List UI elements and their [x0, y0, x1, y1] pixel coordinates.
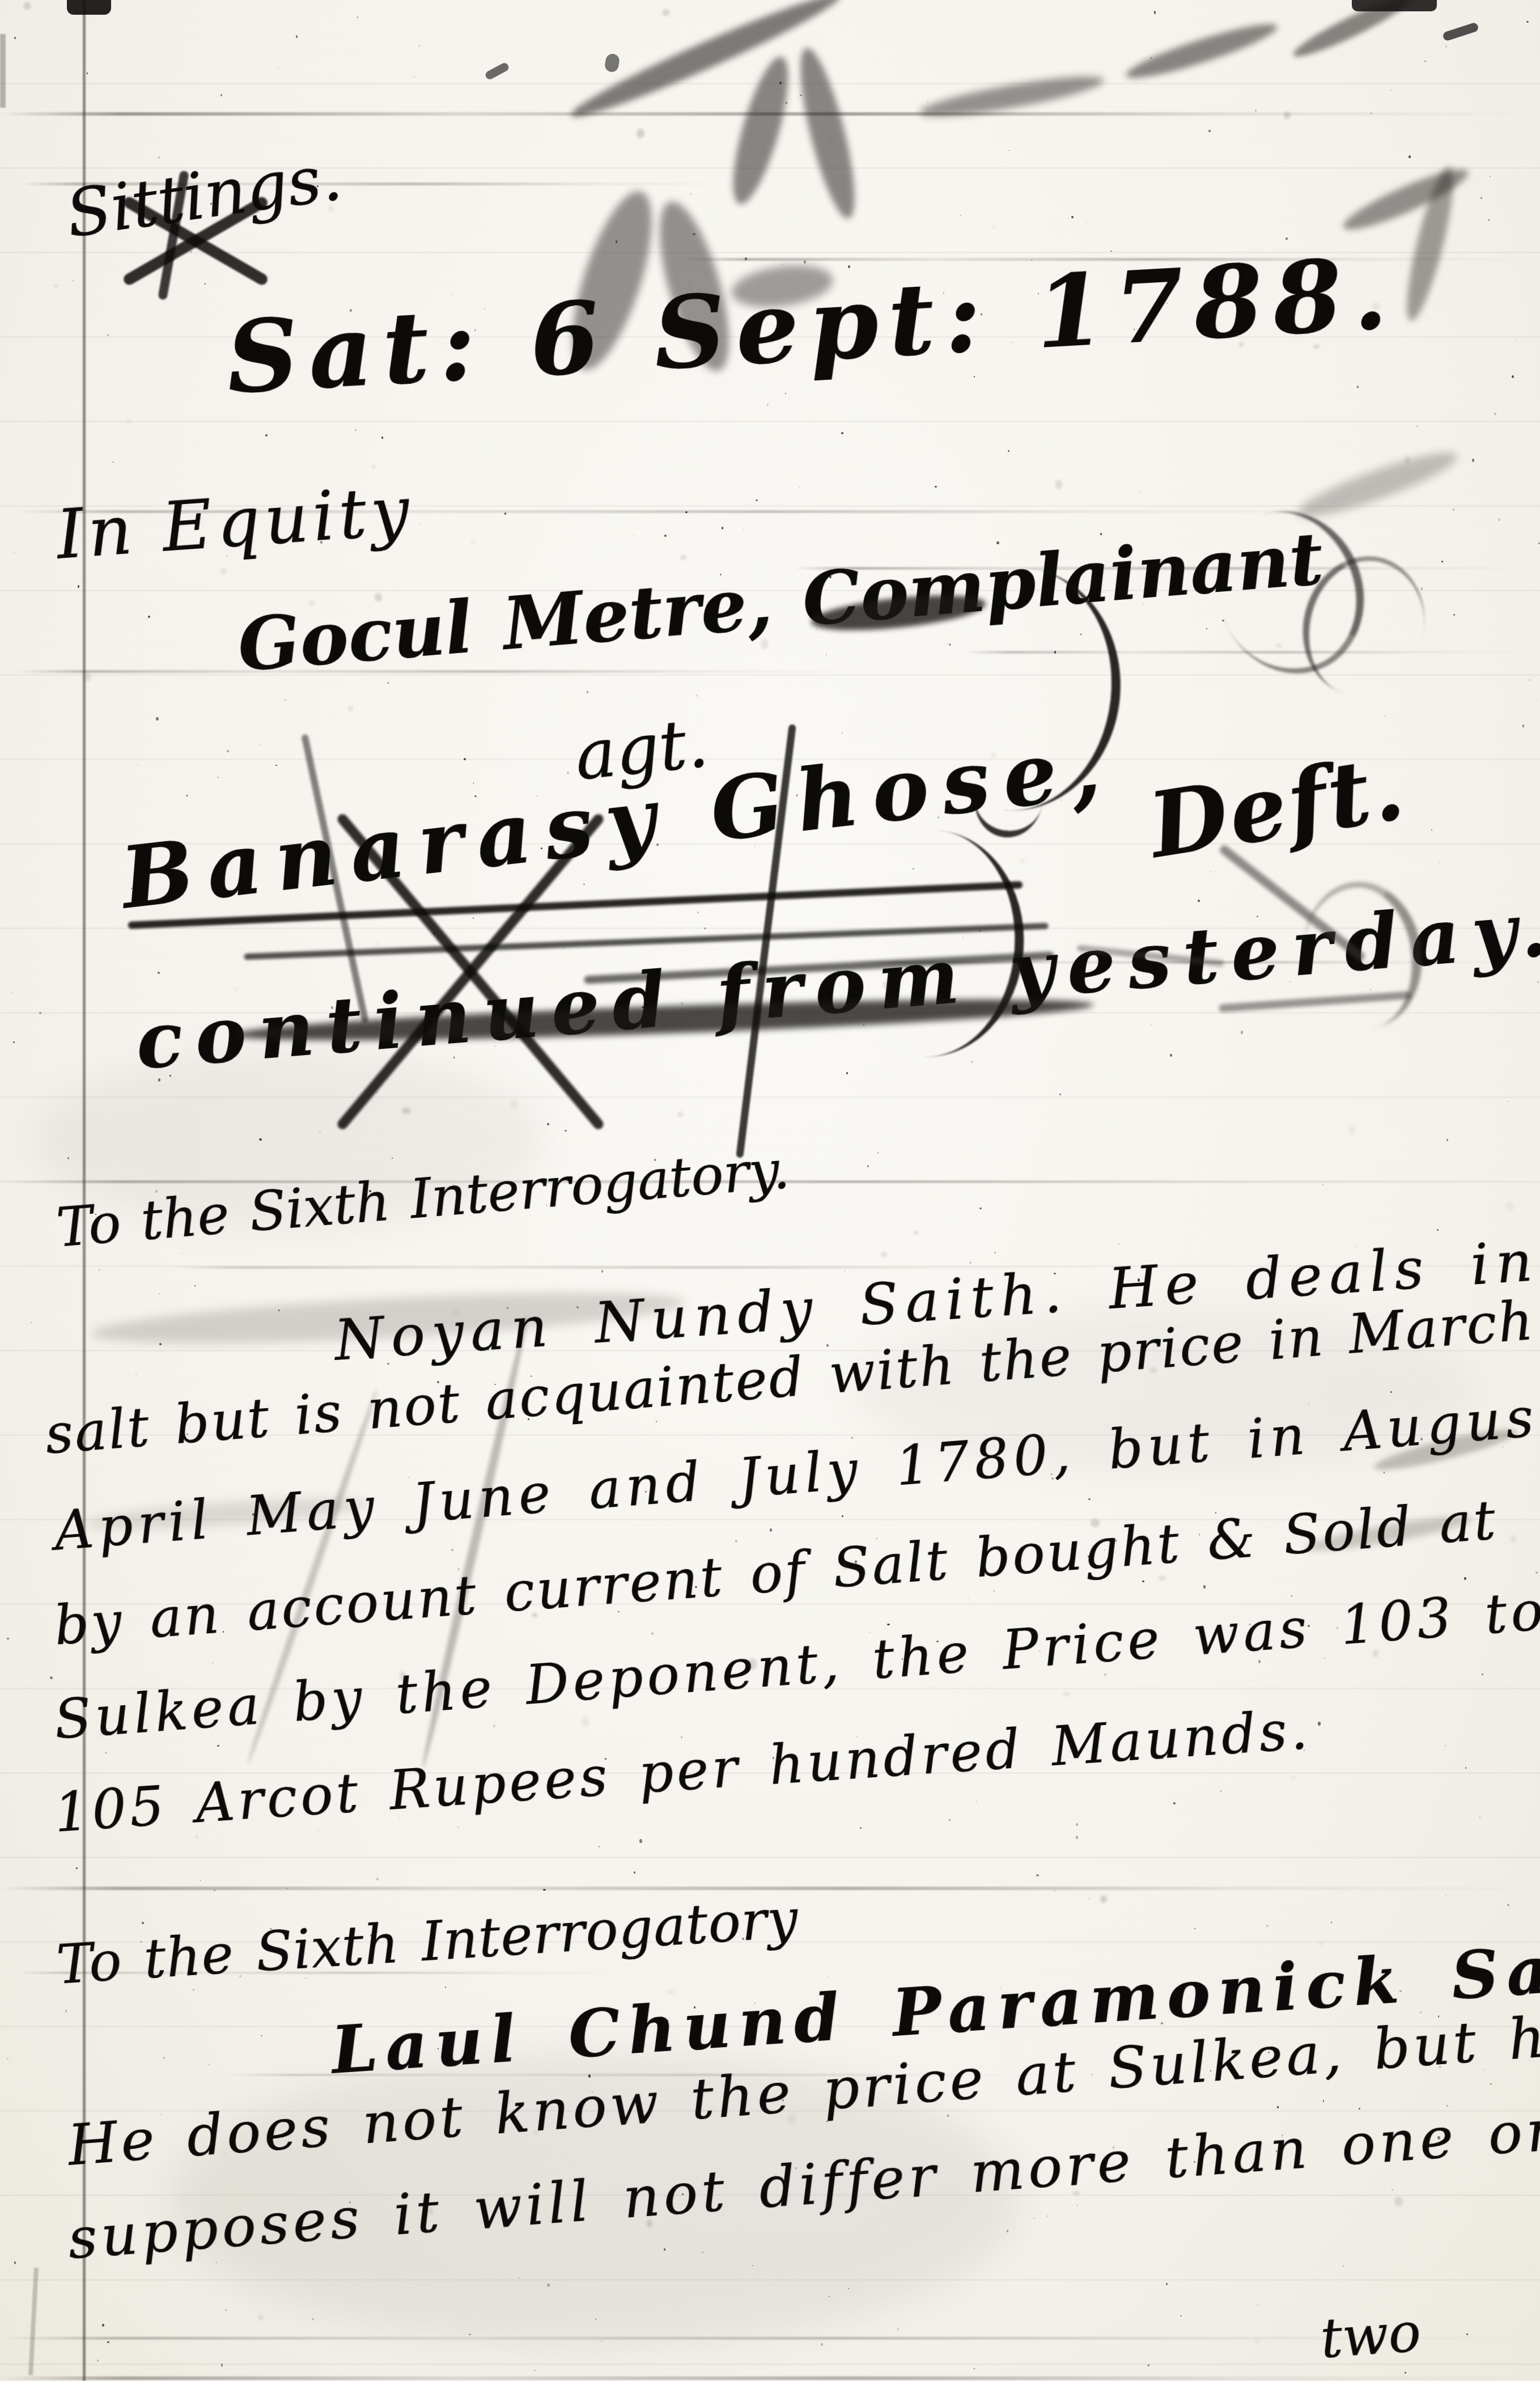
speckle — [1068, 218, 1068, 219]
speckle — [1255, 109, 1257, 112]
speckle — [845, 1270, 846, 1271]
speckle — [231, 120, 232, 121]
speckle — [112, 461, 113, 463]
speckle — [507, 1853, 508, 1853]
speckle — [949, 643, 951, 645]
speckle — [196, 1599, 196, 1599]
edge-mark — [0, 34, 6, 108]
speckle — [787, 2113, 796, 2125]
speckle — [76, 1867, 78, 1869]
speckle — [1276, 2150, 1278, 2152]
speckle — [158, 1078, 160, 1082]
speckle — [1003, 1548, 1004, 1549]
speckle — [1173, 1802, 1176, 1804]
speckle — [1437, 2136, 1440, 2139]
edge-mark — [1442, 22, 1479, 42]
speckle — [1240, 342, 1243, 347]
speckle — [1148, 2365, 1150, 2366]
speckle — [1445, 45, 1447, 48]
speckle — [826, 654, 827, 655]
speckle — [1249, 1624, 1251, 1626]
speckle — [1089, 1898, 1089, 1899]
speckle — [155, 1190, 158, 1193]
speckle — [994, 1252, 996, 1253]
speckle — [15, 552, 15, 553]
speckle — [1170, 1054, 1172, 1057]
speckle — [828, 1976, 828, 1977]
speckle — [976, 1801, 977, 1802]
speckle — [754, 2002, 756, 2004]
speckle — [1445, 1745, 1445, 1747]
speckle — [1322, 1184, 1323, 1185]
speckle — [1077, 946, 1081, 949]
speckle — [1478, 443, 1478, 443]
speckle — [877, 1153, 879, 1154]
speckle — [1158, 1576, 1166, 1581]
speckle — [78, 585, 80, 588]
speckle — [159, 1343, 162, 1345]
speckle — [107, 2341, 109, 2343]
speckle — [1308, 1625, 1310, 1627]
speckle — [1011, 342, 1012, 343]
speckle — [163, 2057, 165, 2059]
speckle — [1226, 1341, 1227, 1342]
speckle — [14, 2261, 16, 2264]
speckle — [470, 540, 477, 545]
speckle — [234, 987, 237, 991]
speckle — [58, 558, 60, 559]
speckle — [31, 1322, 32, 1323]
speckle — [387, 1363, 389, 1365]
speckle — [1490, 2083, 1492, 2085]
speckle — [1484, 2069, 1485, 2070]
speckle — [193, 1989, 194, 1990]
speckle — [743, 529, 744, 531]
speckle — [1324, 1658, 1325, 1659]
speckle — [1257, 2304, 1258, 2306]
speckle — [876, 1538, 877, 1539]
speckle — [420, 524, 422, 525]
speckle — [312, 2318, 314, 2320]
speckle — [372, 465, 375, 469]
speckle — [887, 1624, 889, 1626]
speckle — [943, 293, 944, 294]
speckle — [1194, 2161, 1195, 2163]
speckle — [7, 1638, 9, 1640]
speckle — [186, 795, 188, 797]
speckle — [971, 1061, 973, 1063]
speckle — [1507, 1904, 1509, 1906]
speckle — [1151, 57, 1152, 59]
speckle — [1090, 581, 1091, 582]
speckle — [1047, 2215, 1047, 2217]
speckle — [1284, 112, 1291, 119]
speckle — [1210, 871, 1211, 872]
speckle — [349, 2201, 351, 2204]
speckle — [319, 1132, 321, 1133]
speckle — [1372, 303, 1381, 310]
speckle — [948, 643, 949, 645]
speckle — [1036, 1874, 1038, 1876]
speckle — [994, 269, 995, 270]
speckle — [135, 1375, 137, 1376]
speckle — [968, 1599, 969, 1600]
speckle — [419, 45, 420, 46]
speckle — [698, 1663, 699, 1664]
speckle — [949, 1819, 951, 1821]
speckle — [773, 1757, 774, 1759]
speckle — [786, 102, 787, 104]
speckle — [826, 1344, 829, 1347]
speckle — [1490, 176, 1491, 177]
speckle — [1161, 1757, 1164, 1759]
ink-bleedthrough — [1338, 160, 1473, 239]
speckle — [785, 393, 786, 394]
speckle — [7, 2058, 9, 2060]
speckle — [993, 226, 996, 228]
speckle — [181, 1253, 183, 1254]
speckle — [54, 285, 58, 287]
speckle — [841, 432, 843, 434]
speckle — [1161, 2022, 1163, 2024]
speckle — [504, 512, 506, 515]
speckle — [1193, 1347, 1193, 1348]
speckle — [24, 2, 31, 10]
speckle — [748, 1658, 757, 1670]
speckle — [1242, 463, 1242, 463]
speckle — [205, 283, 206, 284]
speckle — [1465, 1767, 1466, 1769]
speckle — [910, 587, 913, 590]
speckle — [1453, 614, 1456, 616]
speckle — [1537, 981, 1538, 983]
speckle — [567, 772, 570, 774]
speckle — [800, 95, 801, 96]
speckle — [402, 1108, 411, 1113]
speckle — [705, 927, 706, 930]
speckle — [1007, 2230, 1009, 2232]
speckle — [647, 2219, 652, 2227]
speckle — [159, 1293, 161, 1294]
speckle — [756, 499, 757, 501]
speckle — [599, 1846, 600, 1848]
speckle — [796, 794, 797, 797]
speckle — [1373, 1650, 1379, 1657]
speckle — [212, 1663, 213, 1663]
speckle — [1507, 1101, 1508, 1102]
ink-bleedthrough — [1123, 16, 1281, 87]
speckle — [1359, 2108, 1360, 2109]
speckle — [1055, 1890, 1056, 1891]
speckle — [1331, 1922, 1333, 1923]
speckle — [317, 185, 318, 187]
speckle — [1110, 60, 1111, 60]
speckle — [1266, 1925, 1269, 1927]
speckle — [1416, 425, 1418, 427]
speckle — [681, 1002, 683, 1005]
speckle — [473, 782, 474, 783]
speckle — [1401, 1170, 1402, 1171]
speckle — [1409, 155, 1411, 159]
speckle — [867, 1165, 869, 1167]
speckle — [1424, 61, 1426, 62]
speckle — [651, 1632, 654, 1635]
speckle — [534, 2132, 537, 2133]
interrogatory-heading-2: To the Sixth Interrogatory — [55, 1892, 800, 1993]
speckle — [285, 700, 286, 701]
speckle — [1318, 1722, 1321, 1725]
speckle — [357, 16, 358, 18]
speckle — [74, 2257, 76, 2259]
speckle — [735, 1540, 737, 1543]
speckle — [227, 556, 228, 557]
speckle — [1091, 1519, 1100, 1527]
speckle — [947, 2115, 949, 2117]
speckle — [633, 535, 634, 536]
speckle — [937, 816, 939, 819]
speckle — [1088, 1556, 1089, 1557]
speckle — [1494, 413, 1497, 415]
speckle — [1399, 1990, 1401, 1992]
speckle — [445, 1986, 446, 1988]
speckle — [761, 639, 768, 649]
edge-mark — [28, 2268, 39, 2375]
speckle — [681, 1736, 682, 1738]
speckle — [1390, 1391, 1392, 1393]
speckle — [842, 1515, 843, 1517]
speckle — [639, 1839, 642, 1843]
speckle — [962, 937, 964, 938]
speckle — [1203, 1585, 1206, 1588]
speckle — [1198, 900, 1200, 903]
speckle — [1464, 1577, 1466, 1580]
speckle — [914, 1231, 918, 1234]
speckle — [754, 108, 758, 111]
speckle — [261, 2035, 262, 2037]
speckle — [239, 1975, 241, 1977]
speckle — [221, 2363, 223, 2367]
speckle — [252, 1513, 254, 1516]
speckle — [662, 9, 670, 16]
speckle — [1210, 2070, 1211, 2072]
speckle — [682, 2193, 684, 2195]
speckle — [277, 1279, 278, 1280]
speckle — [469, 2334, 470, 2335]
speckle — [210, 203, 211, 205]
speckle — [1222, 620, 1224, 621]
speckle — [848, 2288, 849, 2289]
speckle — [13, 1041, 15, 1043]
speckle — [1437, 1229, 1439, 1231]
speckle — [1453, 509, 1455, 511]
speckle — [1118, 1244, 1119, 1245]
speckle — [259, 744, 260, 745]
speckle — [897, 2328, 900, 2331]
speckle — [1291, 1595, 1292, 1596]
speckle — [126, 420, 131, 423]
speckle — [1441, 561, 1443, 563]
speckle — [309, 600, 315, 607]
speckle — [438, 2048, 439, 2049]
speckle — [349, 706, 353, 711]
speckle — [543, 1889, 546, 1891]
speckle — [1088, 1498, 1091, 1500]
speckle — [859, 1554, 860, 1554]
speckle — [458, 1827, 459, 1828]
speckle — [979, 1208, 982, 1210]
speckle — [1091, 2074, 1092, 2075]
speckle — [1008, 150, 1009, 151]
speckle — [667, 2020, 669, 2022]
speckle — [1510, 1535, 1516, 1543]
ink-bleedthrough — [722, 52, 799, 209]
speckle — [697, 912, 699, 914]
scan-streak — [0, 2376, 1540, 2380]
speckle — [1472, 459, 1474, 462]
speckle — [270, 1928, 271, 1930]
speckle — [1063, 1692, 1070, 1696]
speckle — [1444, 643, 1446, 644]
speckle — [1077, 2205, 1077, 2206]
speckle — [196, 1836, 198, 1838]
speckle — [1526, 21, 1529, 23]
speckle — [927, 101, 928, 103]
speckle — [825, 2202, 832, 2206]
speckle — [1313, 345, 1320, 348]
edge-mark — [484, 62, 510, 81]
speckle — [1323, 309, 1325, 311]
speckle — [1275, 643, 1282, 648]
speckle — [105, 1752, 107, 1753]
speckle — [767, 404, 769, 406]
speckle — [137, 764, 138, 765]
speckle — [160, 2114, 161, 2115]
speckle — [690, 193, 691, 194]
speckle — [1200, 1775, 1200, 1776]
manuscript-page: Sittings. Sat: 6 Sept: 1788. In Equity G… — [0, 0, 1540, 2381]
speckle — [557, 1668, 558, 1670]
speckle — [95, 1214, 96, 1215]
speckle — [433, 932, 435, 935]
speckle — [799, 487, 800, 488]
speckle — [1394, 2197, 1403, 2206]
speckle — [587, 691, 589, 693]
speckle — [296, 35, 298, 37]
speckle — [795, 2167, 797, 2170]
speckle — [656, 1421, 657, 1422]
speckle — [1529, 679, 1530, 681]
scan-streak — [0, 2337, 1540, 2340]
speckle — [409, 1477, 410, 1478]
speckle — [1438, 2015, 1440, 2018]
speckle — [519, 2277, 520, 2278]
equity-label: In Equity — [54, 477, 416, 570]
speckle — [102, 2324, 104, 2327]
speckle — [1051, 1473, 1052, 1475]
speckle — [1290, 1776, 1297, 1779]
speckle — [14, 37, 16, 39]
sittings-label: Sittings. — [62, 145, 345, 248]
speckle — [158, 972, 160, 974]
speckle — [1503, 1447, 1504, 1448]
speckle — [958, 1972, 958, 1972]
speckle — [1142, 1581, 1144, 1583]
speckle — [1208, 130, 1210, 132]
speckle — [1071, 216, 1074, 219]
speckle — [1113, 2146, 1115, 2149]
speckle — [278, 67, 279, 69]
margin-rule-line — [83, 0, 86, 2381]
speckle — [779, 82, 782, 84]
speckle — [1059, 1094, 1061, 1095]
speckle — [1421, 587, 1423, 590]
speckle — [860, 1827, 862, 1829]
speckle — [1480, 197, 1483, 199]
speckle — [473, 917, 474, 919]
speckle — [826, 2121, 828, 2122]
speckle — [1033, 2218, 1035, 2219]
speckle — [453, 1057, 455, 1058]
speckle — [1357, 385, 1359, 388]
speckle — [158, 156, 160, 159]
speckle — [1530, 2269, 1530, 2270]
speckle — [1515, 340, 1516, 341]
speckle — [65, 2010, 67, 2013]
speckle — [217, 1745, 219, 1747]
speckle — [722, 527, 724, 529]
speckle — [1104, 1674, 1106, 1676]
defendant-abbrev: Deft. — [1144, 743, 1412, 871]
speckle — [637, 129, 644, 138]
speckle — [1479, 1817, 1480, 1817]
speckle — [547, 2283, 549, 2287]
speckle — [328, 206, 334, 212]
speckle — [414, 77, 415, 78]
speckle — [259, 1138, 261, 1141]
speckle — [720, 574, 722, 575]
speckle — [465, 2050, 466, 2051]
speckle — [320, 541, 323, 544]
ink-bleedthrough — [790, 44, 865, 222]
speckle — [935, 486, 937, 488]
speckle — [842, 732, 843, 734]
speckle — [770, 1361, 770, 1362]
speckle — [563, 948, 564, 949]
catchword: two — [1319, 2306, 1423, 2367]
speckle — [744, 336, 746, 339]
speckle — [318, 1830, 319, 1832]
date-heading: Sat: 6 Sept: 1788. — [224, 244, 1399, 408]
edge-mark — [67, 0, 111, 15]
speckle — [1076, 1836, 1078, 1839]
speckle — [376, 1878, 379, 1881]
speckle — [941, 966, 943, 969]
speckle — [169, 1075, 171, 1077]
speckle — [829, 137, 833, 141]
speckle — [782, 2099, 784, 2102]
speckle — [601, 1270, 603, 1273]
speckle — [592, 2091, 593, 2092]
speckle — [148, 616, 150, 618]
speckle — [1343, 2265, 1344, 2266]
speckle — [99, 1269, 100, 1271]
speckle — [842, 1561, 849, 1570]
speckle — [1039, 1650, 1041, 1652]
speckle — [974, 376, 975, 378]
speckle — [1431, 829, 1432, 831]
speckle — [770, 1528, 772, 1532]
speckle — [1320, 1942, 1322, 1945]
